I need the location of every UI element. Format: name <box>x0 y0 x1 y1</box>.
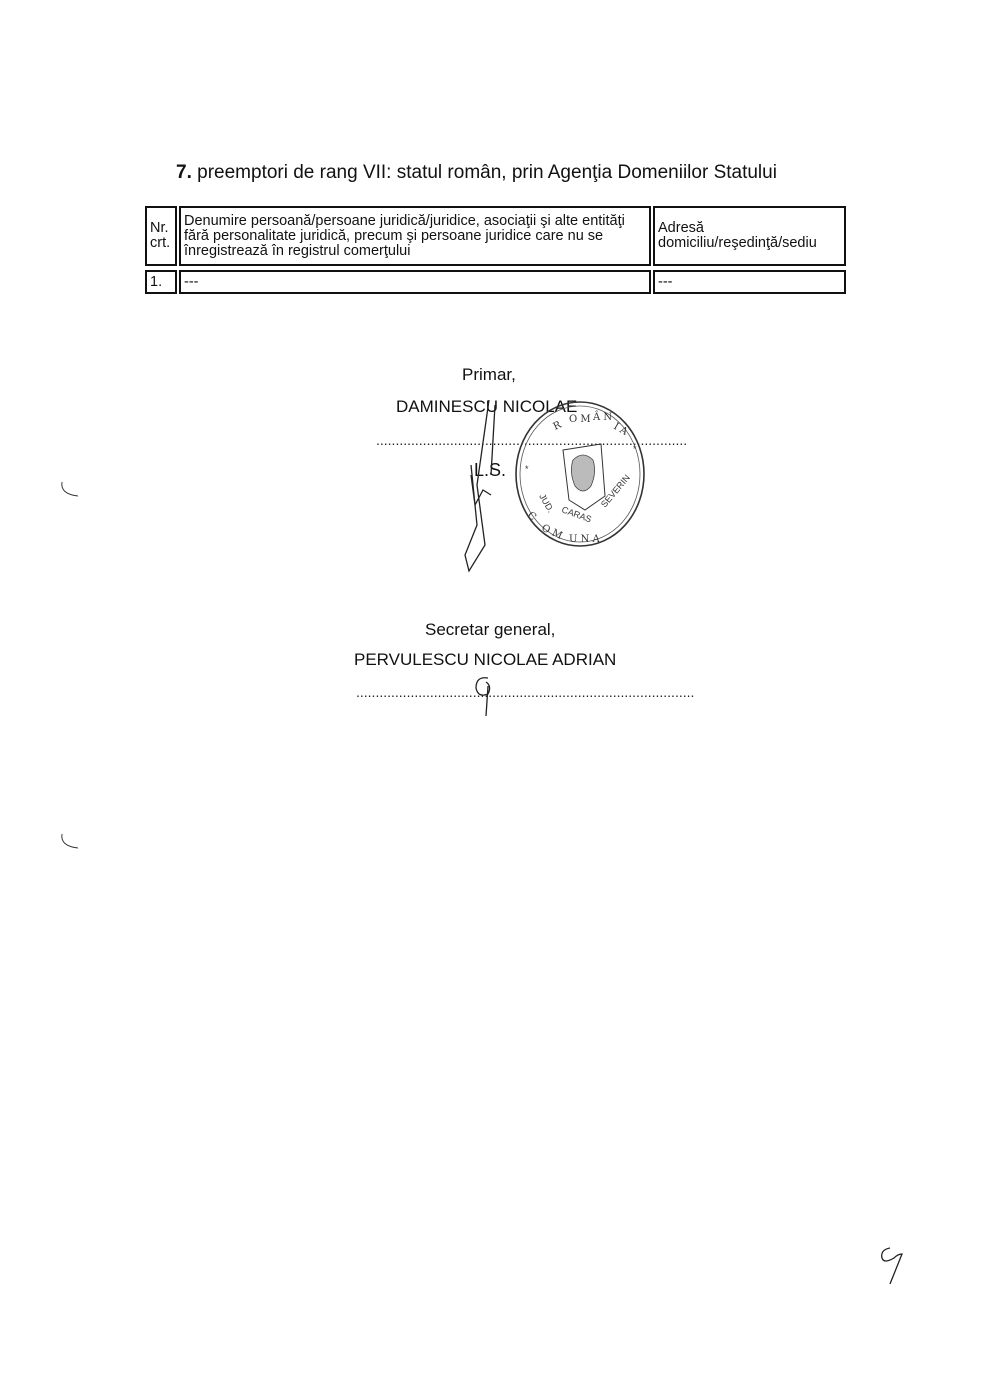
svg-text:Â N: Â N <box>592 411 612 423</box>
svg-text:C: C <box>525 510 538 524</box>
section-heading: 7. preemptori de rang VII: statul român,… <box>176 162 777 184</box>
column-header-nr: Nr. crt. <box>145 206 177 266</box>
secretary-signature <box>470 672 500 720</box>
column-header-name: Denumire persoană/persoane juridică/juri… <box>179 206 651 266</box>
secretary-role: Secretar general, <box>425 620 555 640</box>
svg-text:*: * <box>525 464 529 474</box>
margin-mark <box>58 832 84 852</box>
official-stamp: R O M Â N I A * * JUD. CARAS SEVERIN C O… <box>513 400 647 548</box>
mayor-role: Primar, <box>462 365 516 385</box>
cell-nr: 1. <box>145 270 177 294</box>
preemptors-table: Nr. crt. Denumire persoană/persoane juri… <box>143 206 848 294</box>
svg-text:R: R <box>552 419 564 432</box>
secretary-name: PERVULESCU NICOLAE ADRIAN <box>354 650 616 670</box>
cell-address: --- <box>653 270 846 294</box>
svg-text:*: * <box>633 444 637 454</box>
cell-name: --- <box>179 270 651 294</box>
svg-text:JUD.: JUD. <box>537 492 556 514</box>
margin-mark <box>58 480 84 500</box>
coat-of-arms-icon <box>563 444 605 510</box>
svg-text:I A: I A <box>612 421 631 438</box>
section-title: preemptori de rang VII: statul român, pr… <box>197 162 777 183</box>
column-header-address: Adresă domiciliu/reşedinţă/sediu <box>653 206 846 266</box>
page-number: 9 <box>876 1240 912 1288</box>
table-header-row: Nr. crt. Denumire persoană/persoane juri… <box>145 206 846 266</box>
table-row: 1. --- --- <box>145 270 846 294</box>
section-number: 7. <box>176 162 192 183</box>
secretary-signature-line: ........................................… <box>356 684 694 700</box>
svg-text:U N A: U N A <box>569 534 601 545</box>
svg-text:O M: O M <box>569 414 591 425</box>
